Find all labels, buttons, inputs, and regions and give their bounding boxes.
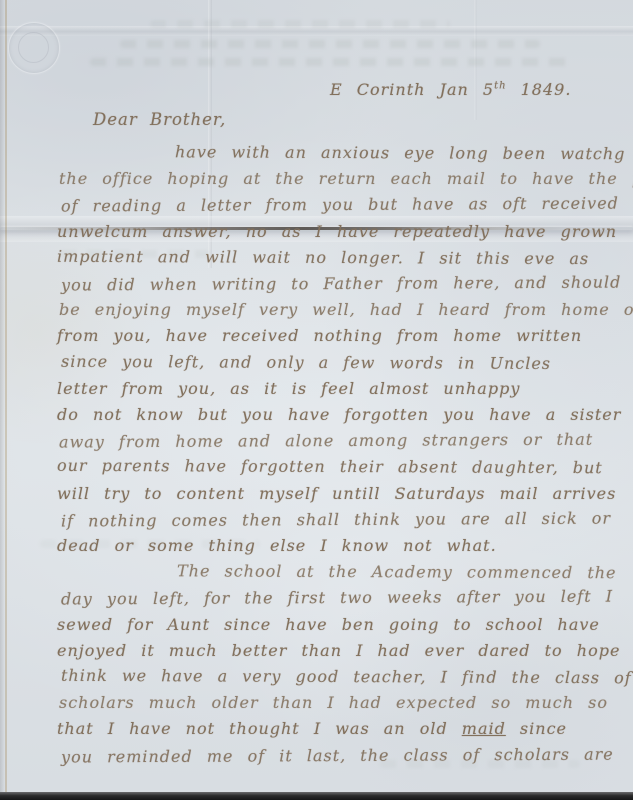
letter-page: E Corinth Jan 5th 1849. Dear Brother, ha… xyxy=(0,0,633,793)
letter-line: enjoyed it much better than I had ever d… xyxy=(57,638,617,664)
line-text: unwelcum answer, no as I have repeatedly… xyxy=(57,222,617,241)
letter-line: that I have not thought I was an old mai… xyxy=(57,716,617,742)
letter-line: sewed for Aunt since have ben going to s… xyxy=(57,612,617,638)
letter-salutation: Dear Brother, xyxy=(93,110,226,129)
letter-line: day you left, for the first two weeks af… xyxy=(61,584,617,613)
line-text: day you left, for the first two weeks af… xyxy=(61,587,613,609)
bleedthrough-mark xyxy=(90,58,570,66)
line-text: dead or some thing else I know not what. xyxy=(57,536,497,555)
letter-dateline: E Corinth Jan 5th 1849. xyxy=(330,80,571,99)
dateline-text: E Corinth Jan 5 xyxy=(330,80,494,99)
letter-body: have with an anxious eye long been watch… xyxy=(57,140,617,769)
line-text: you reminded me of it last, the class of… xyxy=(61,744,614,766)
line-text: that I have not thought I was an old xyxy=(57,719,462,738)
line-text: since xyxy=(506,719,567,738)
line-text: impatient and will wait no longer. I sit… xyxy=(57,247,589,268)
line-text: The school at the Academy commenced the xyxy=(177,562,617,583)
paper-left-edge xyxy=(5,0,7,793)
line-text: you did when writing to Father from here… xyxy=(61,273,621,295)
line-text: be enjoying myself very well, had I hear… xyxy=(59,300,633,319)
letter-line: away from home and alone among strangers… xyxy=(59,427,617,456)
scanner-background-edge xyxy=(0,792,633,800)
horizontal-fold-top xyxy=(0,26,633,36)
line-text: away from home and alone among strangers… xyxy=(59,430,593,452)
letter-line: from you, have received nothing from hom… xyxy=(57,323,617,349)
dateline-superscript: th xyxy=(494,81,506,92)
letter-line: will try to content myself untill Saturd… xyxy=(57,481,617,507)
letter-line: the office hoping at the return each mai… xyxy=(59,166,617,192)
letter-line: you reminded me of it last, the class of… xyxy=(61,741,617,770)
bleedthrough-mark xyxy=(120,40,540,48)
letter-line: think we have a very good teacher, I fin… xyxy=(61,663,617,692)
letter-line: of reading a letter from you but have as… xyxy=(61,191,617,220)
line-text: have with an anxious eye long been watch… xyxy=(175,142,625,163)
letter-line: our parents have forgotten their absent … xyxy=(57,453,617,482)
line-text: sewed for Aunt since have ben going to s… xyxy=(57,615,600,634)
vertical-fold-right xyxy=(474,0,477,120)
letter-line: The school at the Academy commenced the xyxy=(59,558,617,587)
line-text: enjoyed it much better than I had ever d… xyxy=(57,641,620,660)
line-text: letter from you, as it is feel almost un… xyxy=(57,379,520,398)
letter-line: dead or some thing else I know not what. xyxy=(57,533,617,559)
line-text: of reading a letter from you but have as… xyxy=(61,194,633,216)
letter-line: do not know but you have forgotten you h… xyxy=(57,402,617,428)
letter-line: if nothing comes then shall think you ar… xyxy=(61,505,617,534)
letter-line: letter from you, as it is feel almost un… xyxy=(57,376,617,402)
letter-line: have with an anxious eye long been watch… xyxy=(57,139,617,168)
embossed-seal-inner-ring xyxy=(18,32,49,63)
line-text: the office hoping at the return each mai… xyxy=(59,169,633,188)
letter-line: you did when writing to Father from here… xyxy=(61,270,617,299)
embossed-seal-icon xyxy=(8,22,60,74)
line-text: do not know but you have forgotten you h… xyxy=(57,405,621,424)
line-text: if nothing comes then shall think you ar… xyxy=(61,508,611,530)
letter-line: be enjoying myself very well, had I hear… xyxy=(59,297,617,323)
line-text: since you left, and only a few words in … xyxy=(61,351,551,372)
letter-line: since you left, and only a few words in … xyxy=(61,348,617,377)
line-text: will try to content myself untill Saturd… xyxy=(57,484,616,503)
scanned-letter: { "scan": { "paper_color": "#d9dee3", "i… xyxy=(0,0,633,800)
letter-line: unwelcum answer, no as I have repeatedly… xyxy=(57,219,617,245)
underlined-word: maid xyxy=(462,719,506,738)
letter-line: scholars much older than I had expected … xyxy=(59,690,617,716)
dateline-year: 1849. xyxy=(507,80,572,99)
line-text: our parents have forgotten their absent … xyxy=(57,456,603,477)
line-text: from you, have received nothing from hom… xyxy=(57,326,582,345)
line-text: scholars much older than I had expected … xyxy=(59,693,608,712)
line-text: think we have a very good teacher, I fin… xyxy=(61,666,632,687)
letter-line: impatient and will wait no longer. I sit… xyxy=(57,244,617,273)
